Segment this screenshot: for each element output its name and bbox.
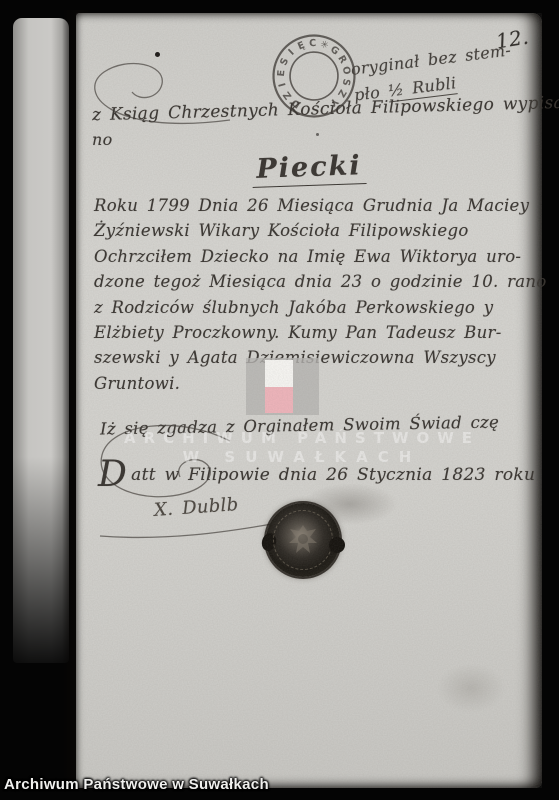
record-line: dzone tegoż Miesiąca dnia 23 o godzinie … (94, 269, 534, 294)
signature-underline-swoosh (96, 518, 281, 542)
watermark-text-line2: W SUWAŁKACH (82, 448, 522, 466)
svg-text:G: G (328, 44, 341, 58)
seal-eagle-icon (286, 521, 320, 559)
watermark-flag-red (265, 387, 293, 413)
priest-signature: X. Dublb (153, 494, 239, 521)
record-line: Ochrzciłem Dziecko na Imię Ewa Wiktorya … (94, 244, 534, 269)
svg-text:S: S (340, 78, 352, 87)
ink-speck (316, 133, 319, 136)
svg-text:E: E (276, 69, 288, 77)
book-page-edges (13, 18, 69, 663)
date-rest: att w Filipowie dnia 26 Stycznia 1823 ro… (131, 465, 535, 485)
record-line: Żyźniewski Wikary Kościoła Filipowskiego (94, 218, 534, 243)
svg-text:R: R (335, 54, 349, 66)
svg-text:C: C (309, 38, 317, 49)
stain (436, 663, 506, 713)
svg-text:S: S (278, 56, 291, 67)
svg-text:✳: ✳ (319, 39, 330, 52)
ink-speck (155, 52, 160, 57)
watermark-flag-white (265, 360, 293, 387)
manuscript-page: DZIESIĘC✳GROSZY 12. oryginał bez stem- p… (76, 13, 542, 788)
archive-caption: Archiwum Państwowe w Suwałkach (4, 776, 269, 793)
record-line: z Rodziców ślubnych Jakóba Perkowskiego … (94, 295, 534, 320)
watermark-text-line1: ARCHIWUM PAŃSTWOWE (82, 429, 522, 447)
svg-text:I: I (287, 47, 297, 57)
svg-text:Ę: Ę (296, 40, 306, 53)
record-line: Roku 1799 Dnia 26 Miesiąca Grudnia Ja Ma… (94, 193, 534, 218)
extract-header-line2: no (92, 130, 113, 149)
parish-ink-seal (266, 503, 340, 577)
record-line: Elżbiety Proczkowny. Kumy Pan Tadeusz Bu… (94, 320, 534, 345)
svg-text:Z: Z (335, 87, 348, 99)
svg-text:I: I (277, 82, 289, 88)
archival-scan: DZIESIĘC✳GROSZY 12. oryginał bez stem- p… (0, 0, 559, 800)
date-line: Datt w Filipowie dnia 26 Stycznia 1823 r… (98, 465, 535, 485)
village-title: Piecki (76, 144, 543, 191)
